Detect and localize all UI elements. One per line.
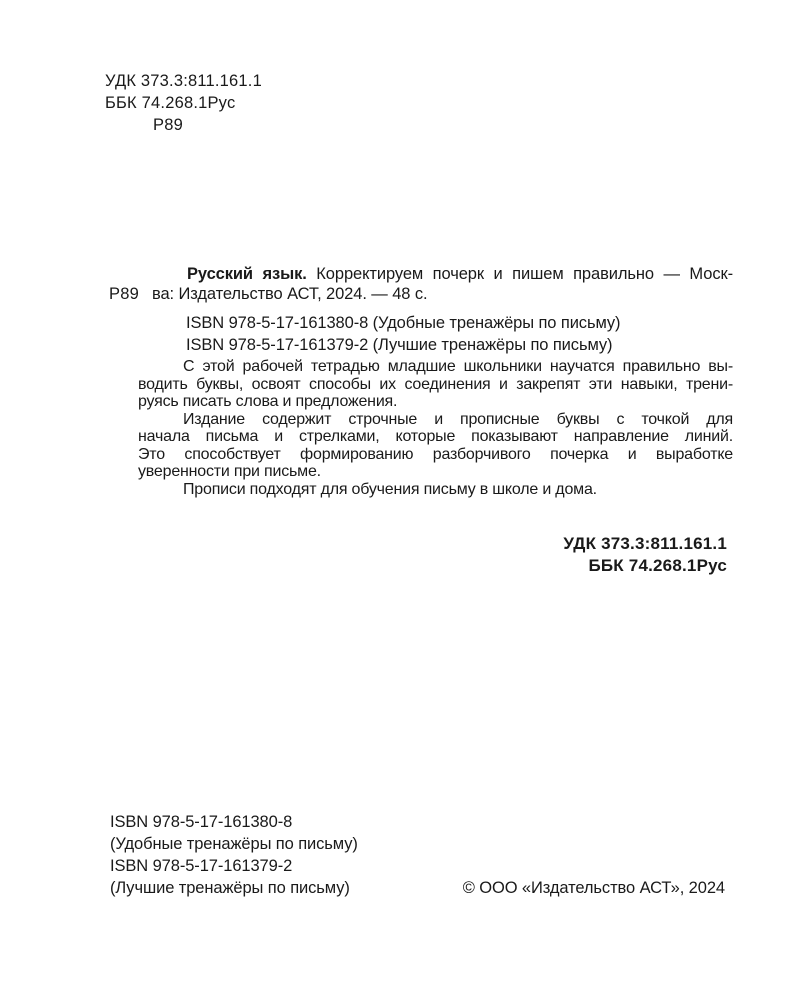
book-title: Русский язык. — [187, 265, 307, 283]
annotation-line: Это способствует формированию разборчиво… — [138, 446, 733, 464]
citation-line-2: ва: Издательство АСТ, 2024. — 48 с. — [152, 285, 427, 303]
udc-code-bold: УДК 373.3:811.161.1 — [563, 533, 727, 555]
copyright-notice: © ООО «Издательство АСТ», 2024 — [463, 877, 725, 899]
udc-code: УДК 373.3:811.161.1 — [105, 70, 262, 92]
annotation-paragraph-1: С этой рабочей тетрадью младшие школьник… — [138, 358, 733, 411]
footer-block: ISBN 978-5-17-161380-8(Удобные тренажёры… — [110, 811, 725, 899]
annotation-paragraph-3: Прописи подходят для обучения письму в ш… — [138, 481, 733, 499]
author-sign-margin: Р89 — [109, 284, 139, 304]
annotation-line: руясь писать слова и предложения. — [138, 393, 733, 411]
top-classification-block: УДК 373.3:811.161.1 ББК 74.268.1Рус Р89 — [105, 70, 262, 136]
author-sign: Р89 — [105, 114, 262, 136]
annotation-line: С этой рабочей тетрадью младшие школьник… — [138, 358, 733, 376]
bibliographic-citation: Русский язык. Корректируем почерк и пише… — [152, 264, 733, 304]
annotation-line: уверенности при письме. — [138, 463, 733, 481]
footer-isbn-line: ISBN 978-5-17-161379-2 — [110, 855, 725, 877]
citation-line-2-wrap: Р89 ва: Издательство АСТ, 2024. — 48 с. — [152, 284, 733, 304]
footer-isbn-line: (Удобные тренажёры по письму) — [110, 833, 725, 855]
annotation-paragraph-2: Издание содержит строчные и прописные бу… — [138, 411, 733, 481]
citation-line-1-rest: Корректируем почерк и пишем правильно — … — [307, 265, 733, 283]
classification-block-right: УДК 373.3:811.161.1 ББК 74.268.1Рус — [563, 533, 727, 577]
annotation-line: Издание содержит строчные и прописные бу… — [138, 411, 733, 429]
annotation-line: водить буквы, освоят способы их соединен… — [138, 376, 733, 394]
isbn-block-upper: ISBN 978-5-17-161380-8 (Удобные тренажёр… — [186, 313, 620, 356]
bbk-code: ББК 74.268.1Рус — [105, 92, 262, 114]
imprint-page: УДК 373.3:811.161.1 ББК 74.268.1Рус Р89 … — [0, 0, 800, 1000]
citation-line-1: Русский язык. Корректируем почерк и пише… — [152, 264, 733, 284]
annotation-line: начала письма и стрелками, которые показ… — [138, 428, 733, 446]
annotation-line: Прописи подходят для обучения письму в ш… — [138, 481, 733, 499]
bbk-code-bold: ББК 74.268.1Рус — [563, 555, 727, 577]
isbn-line: ISBN 978-5-17-161380-8 (Удобные тренажёр… — [186, 313, 620, 335]
annotation-block: С этой рабочей тетрадью младшие школьник… — [138, 358, 733, 498]
footer-isbn-line: ISBN 978-5-17-161380-8 — [110, 811, 725, 833]
isbn-line: ISBN 978-5-17-161379-2 (Лучшие тренажёры… — [186, 335, 620, 357]
